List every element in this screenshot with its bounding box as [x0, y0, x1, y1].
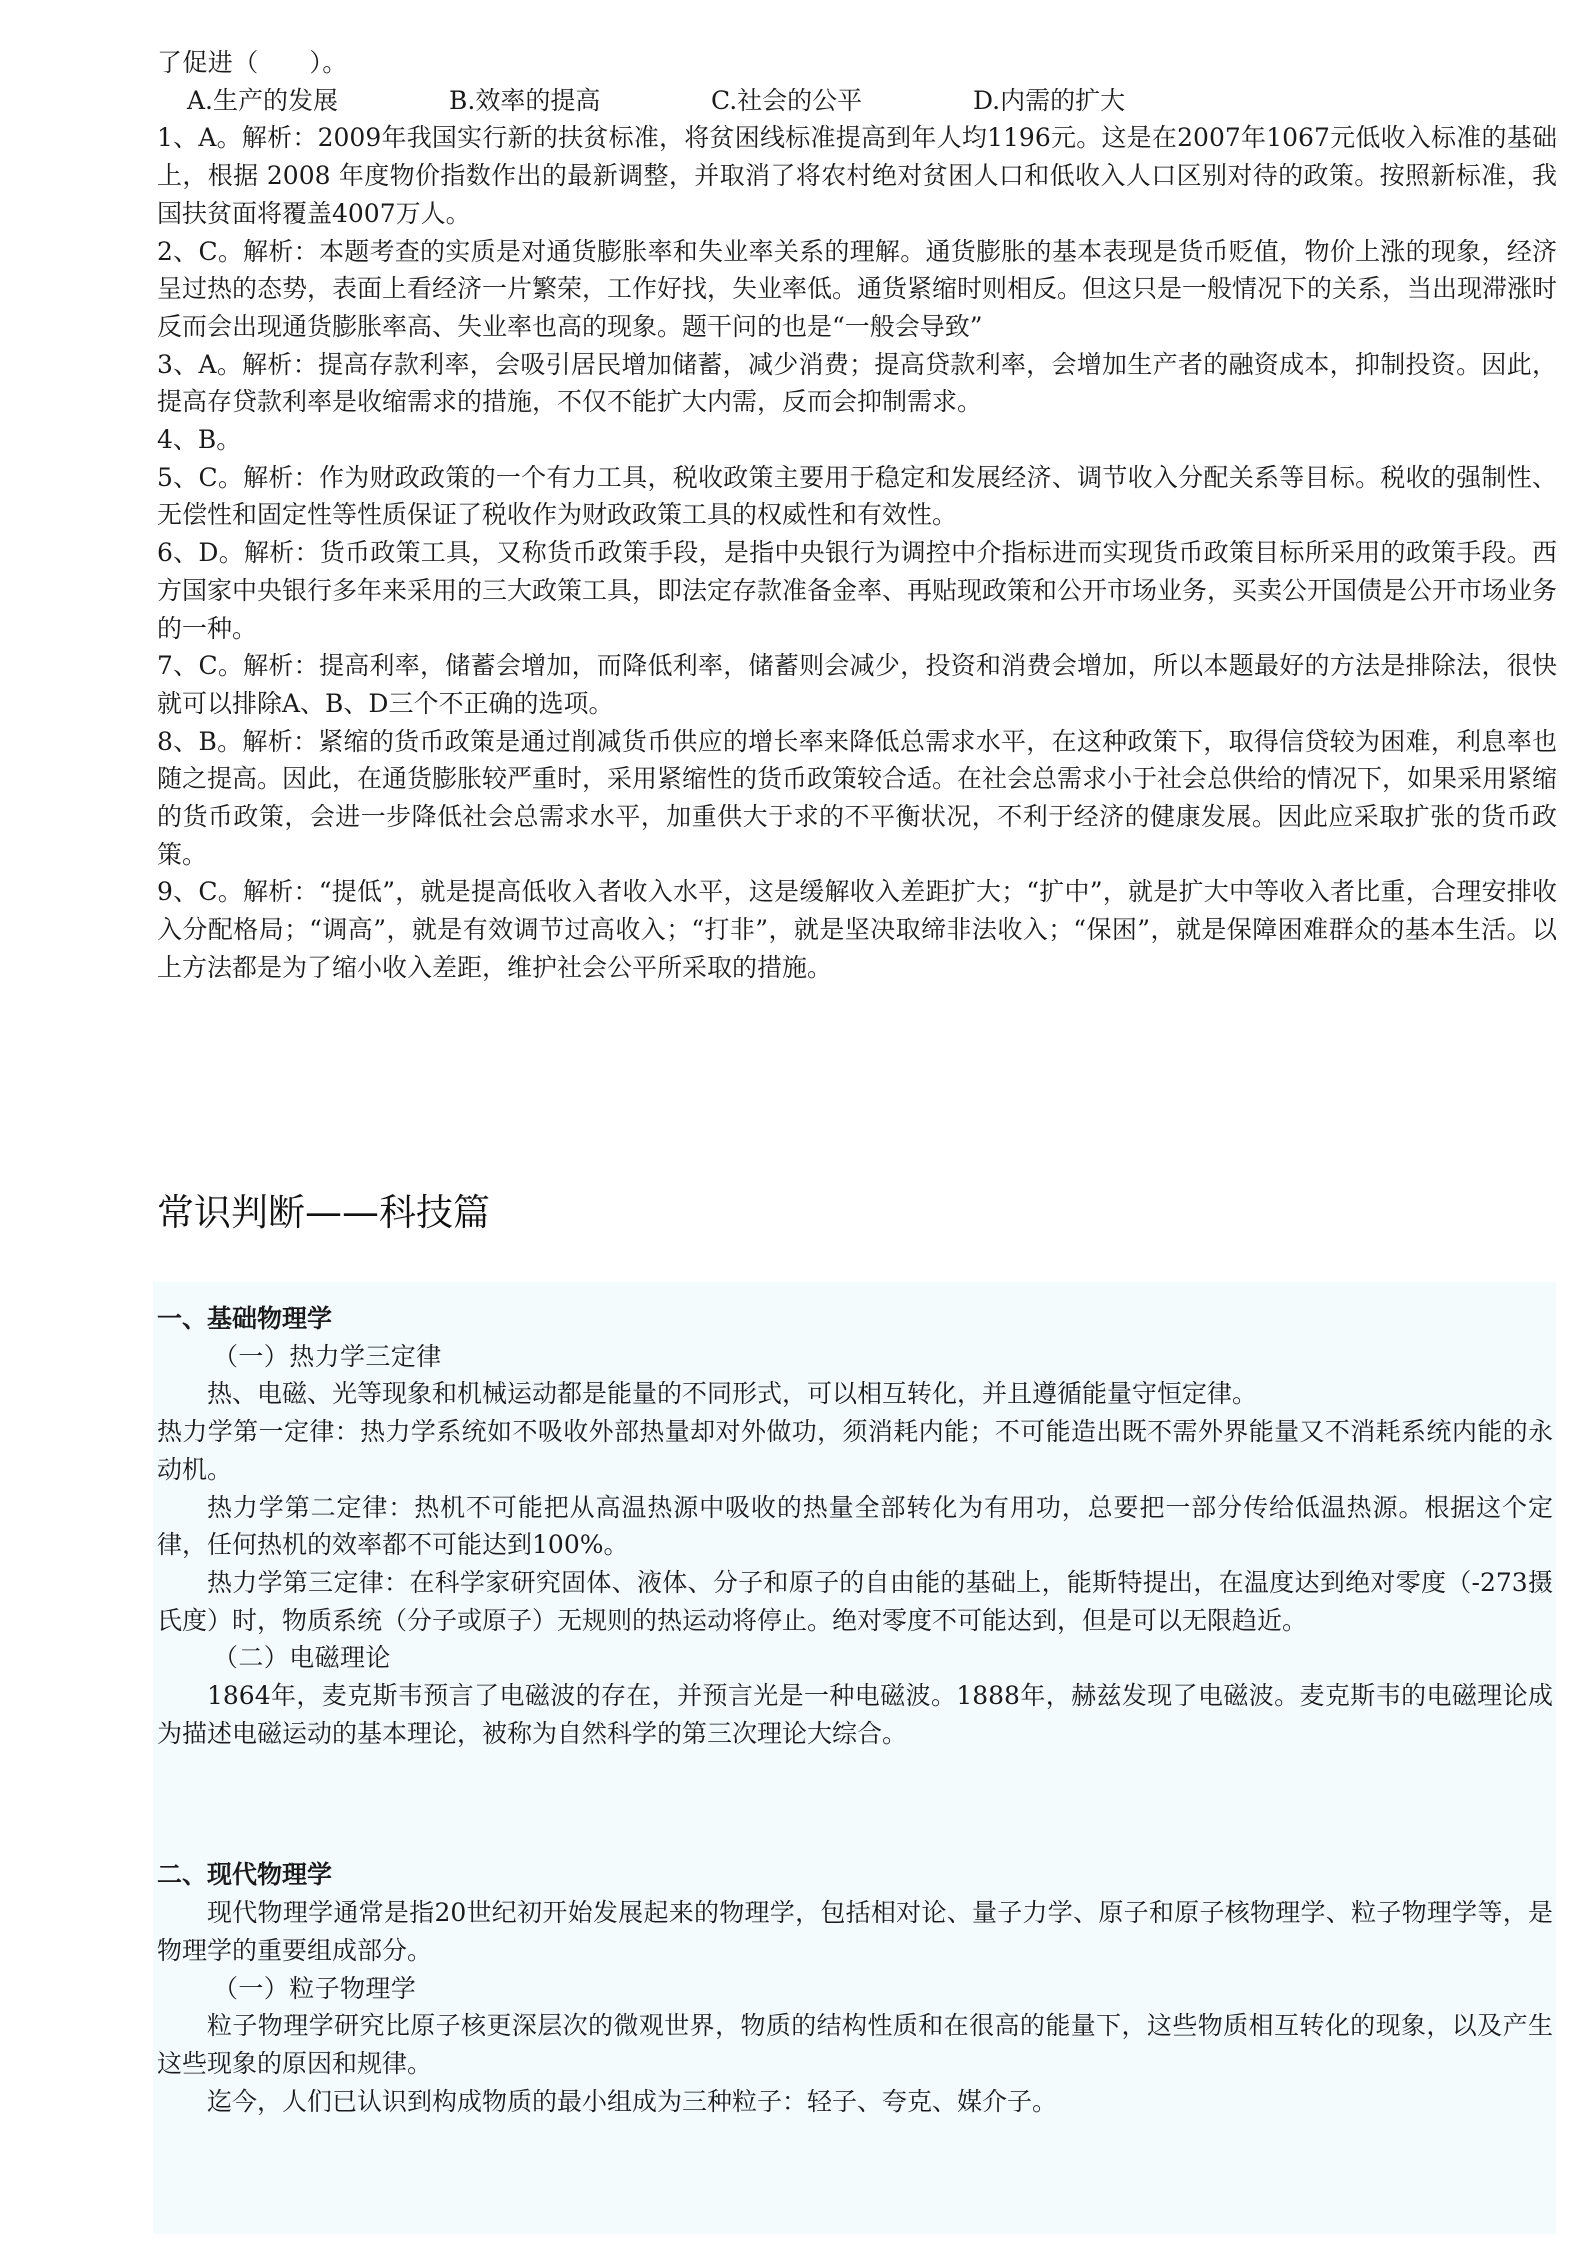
option-d: D.内需的扩大 [973, 82, 1235, 120]
question-tail: 了促进（ ）。 [157, 44, 1557, 82]
subheading-thermo: （一）热力学三定律 [157, 1338, 1553, 1376]
heading-modern-physics: 二、现代物理学 [157, 1856, 1553, 1894]
subheading-particle: （一）粒子物理学 [157, 1970, 1553, 2008]
thermo-law-1: 热力学第一定律：热力学系统如不吸收外部热量却对外做功，须消耗内能；不可能造出既不… [157, 1413, 1553, 1488]
subheading-em: （二）电磁理论 [157, 1639, 1553, 1677]
option-a: A.生产的发展 [187, 82, 449, 120]
options-row: A.生产的发展 B.效率的提高 C.社会的公平 D.内需的扩大 [157, 82, 1557, 120]
thermo-intro: 热、电磁、光等现象和机械运动都是能量的不同形式，可以相互转化，并且遵循能量守恒定… [157, 1375, 1553, 1413]
heading-basic-physics: 一、基础物理学 [157, 1300, 1553, 1338]
thermo-law-2: 热力学第二定律：热机不可能把从高温热源中吸收的热量全部转化为有用功，总要把一部分… [157, 1489, 1553, 1564]
answer-8: 8、B。解析：紧缩的货币政策是通过削减货币供应的增长率来降低总需求水平，在这种政… [157, 723, 1557, 874]
particle-p1: 粒子物理学研究比原子核更深层次的微观世界，物质的结构性质和在很高的能量下，这些物… [157, 2007, 1553, 2082]
answer-5: 5、C。解析：作为财政政策的一个有力工具，税收政策主要用于稳定和发展经济、调节收… [157, 459, 1557, 534]
answer-1: 1、A。解析：2009年我国实行新的扶贫标准，将贫困线标准提高到年人均1196元… [157, 119, 1557, 232]
particle-p2: 迄今，人们已认识到构成物质的最小组成为三种粒子：轻子、夸克、媒介子。 [157, 2083, 1553, 2121]
answer-2: 2、C。解析：本题考查的实质是对通货膨胀率和失业率关系的理解。通货膨胀的基本表现… [157, 233, 1557, 346]
option-b: B.效率的提高 [449, 82, 711, 120]
answer-6: 6、D。解析：货币政策工具，又称货币政策手段，是指中央银行为调控中介指标进而实现… [157, 534, 1557, 647]
answer-3: 3、A。解析：提高存款利率，会吸引居民增加储蓄，减少消费；提高贷款利率，会增加生… [157, 346, 1557, 421]
physics-box: 一、基础物理学 （一）热力学三定律 热、电磁、光等现象和机械运动都是能量的不同形… [153, 1282, 1556, 2234]
answer-9: 9、C。解析：“提低”，就是提高低收入者收入水平，这是缓解收入差距扩大；“扩中”… [157, 873, 1557, 986]
option-c: C.社会的公平 [711, 82, 973, 120]
section-title: 常识判断——科技篇 [157, 1188, 490, 1238]
answers-section: 了促进（ ）。 A.生产的发展 B.效率的提高 C.社会的公平 D.内需的扩大 … [157, 44, 1557, 987]
answer-4: 4、B。 [157, 421, 1557, 459]
thermo-law-3: 热力学第三定律：在科学家研究固体、液体、分子和原子的自由能的基础上，能斯特提出，… [157, 1564, 1553, 1639]
modern-intro: 现代物理学通常是指20世纪初开始发展起来的物理学，包括相对论、量子力学、原子和原… [157, 1894, 1553, 1969]
answer-7: 7、C。解析：提高利率，储蓄会增加，而降低利率，储蓄则会减少，投资和消费会增加，… [157, 647, 1557, 722]
em-theory: 1864年，麦克斯韦预言了电磁波的存在，并预言光是一种电磁波。1888年，赫兹发… [157, 1677, 1553, 1752]
spacer [157, 1752, 1553, 1856]
